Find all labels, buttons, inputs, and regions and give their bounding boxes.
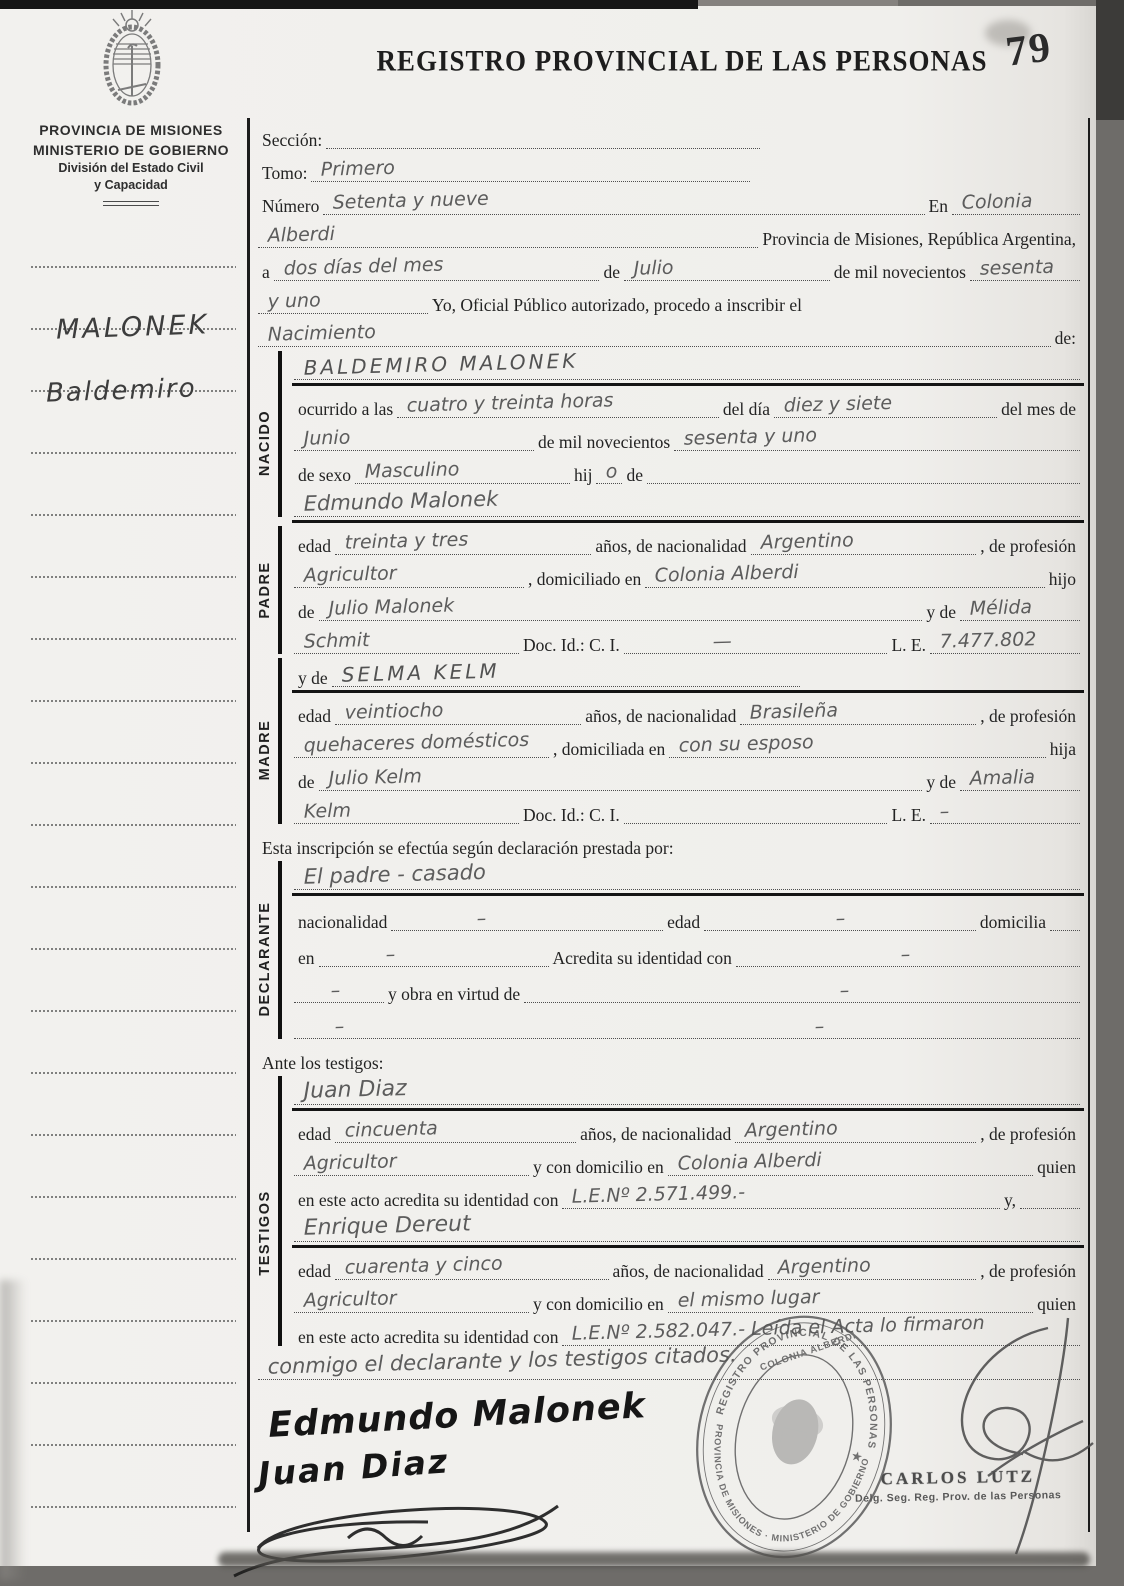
testigo1-doc: en este acto acredita su identidad con L… xyxy=(252,1178,1088,1211)
hw-dash: – xyxy=(467,909,491,930)
form-left-border xyxy=(247,118,250,1532)
section-declarante: DECLARANTE El padre - casado nacionalida… xyxy=(252,859,1088,1041)
field-inscripto-nombre: BALDEMIRO MALONEK xyxy=(252,349,1088,382)
madre-nombre: y de SELMA KELM xyxy=(252,656,1088,689)
hw-padre-edad: treinta y tres xyxy=(335,530,473,554)
padre-profesion-domicilio: Agricultor , domiciliado en Colonia Albe… xyxy=(252,557,1088,590)
field-mes-anio: Junio de mil novecientos sesenta y uno xyxy=(252,420,1088,453)
hw-fecha-anio-cont: y uno xyxy=(257,291,325,313)
hw-anio: sesenta y uno xyxy=(674,426,822,450)
org-line: y Capacidad xyxy=(24,177,238,194)
hw-inscripto-nombre: BALDEMIRO MALONEK xyxy=(293,350,582,379)
hw-lugar: Colonia xyxy=(951,192,1036,214)
hw-madre-edad: veintiocho xyxy=(335,701,448,724)
hw-testigo2-edad: cuarenta y cinco xyxy=(335,1255,507,1279)
hw-testigo2-nacionalidad: Argentino xyxy=(767,1256,874,1279)
field-sexo: de sexo Masculino hij o de xyxy=(252,453,1088,486)
hw-fecha-mes: Julio xyxy=(623,259,677,280)
hw-testigo1-doc: L.E.Nº 2.571.499.- xyxy=(562,1183,750,1208)
field-fecha: a dos días del mes de Julio de mil novec… xyxy=(252,250,1088,283)
declarante-datos-1: nacionalidad – edad – domicilia xyxy=(252,897,1088,933)
side-label-padre: PADRE xyxy=(257,561,273,618)
scan-edge-right xyxy=(1096,0,1124,120)
field-oficial: y uno Yo, Oficial Público autorizado, pr… xyxy=(252,283,1088,316)
hw-dash: – xyxy=(829,981,853,1002)
declarante-quien: El padre - casado xyxy=(252,859,1088,892)
official-name-stamp: CARLOS LUTZ Delg. Seg. Reg. Prov. de las… xyxy=(818,1466,1099,1506)
side-label-madre: MADRE xyxy=(257,719,273,780)
hw-hora: cuatro y treinta horas xyxy=(397,391,618,417)
padre-abuelos: de Julio Malonek y de Mélida xyxy=(252,590,1088,623)
declarante-datos-4: –– xyxy=(252,1005,1088,1041)
scanned-birth-certificate: REGISTRO PROVINCIAL DE LAS PERSONAS 79 P… xyxy=(0,0,1124,1586)
org-line: División del Estado Civil xyxy=(24,160,238,177)
declaracion-intro: Esta inscripción se efectúa según declar… xyxy=(252,826,1088,859)
hw-declarante: El padre - casado xyxy=(293,862,490,889)
testigo2-nombre: Enrique Dereut xyxy=(252,1211,1088,1244)
scan-edge-top-light xyxy=(698,0,898,6)
margin-dotted-lines xyxy=(30,236,236,1536)
field-seccion: Sección: xyxy=(252,118,1088,151)
hw-padre-nacionalidad: Argentino xyxy=(750,531,857,554)
scan-edge-bottom xyxy=(218,1552,1090,1567)
hw-abuela-paterna: Mélida xyxy=(959,598,1036,620)
section-padre: PADRE edad treinta y tres años, de nacio… xyxy=(252,524,1088,656)
argentina-coat-of-arms-icon xyxy=(92,6,172,110)
hw-acta-tipo: Nacimiento xyxy=(257,323,380,346)
hw-padre-ci: — xyxy=(702,632,736,653)
org-rule xyxy=(103,201,159,206)
hw-fecha-anio: sesenta xyxy=(969,258,1058,280)
hw-abuelo-materno: Julio Kelm xyxy=(318,767,426,790)
hw-padre-le: 7.477.802 xyxy=(929,630,1040,653)
page-number: 79 xyxy=(1003,23,1055,76)
hw-abuela-materna: Amalia xyxy=(959,768,1039,790)
hw-mes: Junio xyxy=(293,428,354,450)
hw-dash: – xyxy=(826,909,850,930)
hw-abuela-paterna-cont: Schmit xyxy=(293,631,373,653)
hw-numero: Setenta y nueve xyxy=(323,190,494,214)
testigo2-edad: edad cuarenta y cinco años, de nacionali… xyxy=(252,1249,1088,1282)
hw-dash: – xyxy=(325,1017,349,1038)
hw-testigo2-nombre: Enrique Dereut xyxy=(293,1213,475,1241)
margin-surname: MALONEK xyxy=(56,309,210,345)
side-label-testigos: TESTIGOS xyxy=(257,1190,273,1275)
hw-testigo1-domicilio: Colonia Alberdi xyxy=(667,1151,825,1175)
hw-tomo: Primero xyxy=(311,159,400,181)
padre-doc: Schmit Doc. Id.: C. I. — L. E. 7.477.802 xyxy=(252,623,1088,656)
org-line: MINISTERIO DE GOBIERNO xyxy=(24,140,238,160)
section-nacido: NACIDO BALDEMIRO MALONEK ocurrido a las … xyxy=(252,349,1088,519)
hw-dia: diez y siete xyxy=(773,394,896,417)
field-nombre-padre: Edmundo Malonek xyxy=(252,486,1088,519)
hw-testigo1-profesion: Agricultor xyxy=(293,1152,400,1175)
stamp-center-arms xyxy=(762,1394,827,1470)
field-tomo: Tomo: Primero xyxy=(252,151,1088,184)
page-title: REGISTRO PROVINCIAL DE LAS PERSONAS xyxy=(352,45,1012,78)
section-madre: MADRE y de SELMA KELM edad veintiocho añ… xyxy=(252,656,1088,826)
hw-madre-domicilio: con su esposo xyxy=(669,733,818,757)
hw-abuelo-paterno: Julio Malonek xyxy=(318,596,458,620)
side-label-nacido: NACIDO xyxy=(257,409,273,475)
madre-profesion-domicilio: quehaceres domésticos , domiciliada en c… xyxy=(252,727,1088,760)
field-numero: Número Setenta y nueve En Colonia xyxy=(252,184,1088,217)
issuing-office-block: PROVINCIA DE MISIONES MINISTERIO DE GOBI… xyxy=(24,120,238,206)
hw-dash: – xyxy=(320,981,344,1002)
hw-madre-profesion: quehaceres domésticos xyxy=(293,731,533,757)
hw-testigo1-nacionalidad: Argentino xyxy=(735,1119,842,1142)
hw-padre-profesion: Agricultor xyxy=(293,564,400,587)
hw-dash: – xyxy=(376,945,400,966)
official-name: CARLOS LUTZ xyxy=(818,1466,1098,1491)
testigo1-edad: edad cincuenta años, de nacionalidad Arg… xyxy=(252,1112,1088,1145)
hw-nombre-padre: Edmundo Malonek xyxy=(293,489,502,516)
hw-madre-nombre: SELMA KELM xyxy=(331,661,503,686)
madre-abuelos: de Julio Kelm y de Amalia xyxy=(252,760,1088,793)
hw-testigo1-edad: cincuenta xyxy=(335,1119,443,1142)
testigos-intro: Ante los testigos: xyxy=(252,1041,1088,1074)
registry-oval-stamp: REGISTRO PROVINCIAL DE LAS PERSONAS PROV… xyxy=(612,1300,976,1586)
hw-madre-le-dash: – xyxy=(929,802,953,823)
hw-sexo: Masculino xyxy=(354,460,463,483)
declarante-datos-3: – y obra en virtud de – xyxy=(252,969,1088,1005)
hw-lugar-cont: Alberdi xyxy=(257,225,339,247)
margin-given-name: Baldemiro xyxy=(46,373,198,408)
declarante-datos-2: en – Acredita su identidad con – xyxy=(252,933,1088,969)
madre-doc: Kelm Doc. Id.: C. I. L. E. – xyxy=(252,793,1088,826)
official-signature-rubric xyxy=(928,1316,1103,1561)
hw-abuela-materna-cont: Kelm xyxy=(293,801,355,823)
signature-flourish xyxy=(228,1478,588,1583)
hw-fecha-dia: dos días del mes xyxy=(273,255,447,280)
padre-edad-nacionalidad: edad treinta y tres años, de nacionalida… xyxy=(252,524,1088,557)
hw-testigo1-nombre: Juan Diaz xyxy=(293,1078,410,1104)
testigo1-nombre: Juan Diaz xyxy=(252,1074,1088,1107)
field-lugar-cont: Alberdi Provincia de Misiones, República… xyxy=(252,217,1088,250)
field-acta-tipo: Nacimiento de: xyxy=(252,316,1088,349)
testigo1-domicilio: Agricultor y con domicilio en Colonia Al… xyxy=(252,1145,1088,1178)
scan-smudge-left xyxy=(0,1280,26,1580)
hw-padre-domicilio: Colonia Alberdi xyxy=(645,563,803,587)
field-hora-dia: ocurrido a las cuatro y treinta horas de… xyxy=(252,387,1088,420)
org-line: PROVINCIA DE MISIONES xyxy=(24,120,238,140)
hw-testigo2-profesion: Agricultor xyxy=(293,1289,400,1312)
hw-dash: – xyxy=(890,945,914,966)
madre-edad-nacionalidad: edad veintiocho años, de nacionalidad Br… xyxy=(252,694,1088,727)
hw-hijo-o: o xyxy=(596,462,622,483)
hw-dash: – xyxy=(804,1017,828,1038)
hw-madre-nacionalidad: Brasileña xyxy=(740,701,843,724)
side-label-declarante: DECLARANTE xyxy=(257,902,273,1017)
